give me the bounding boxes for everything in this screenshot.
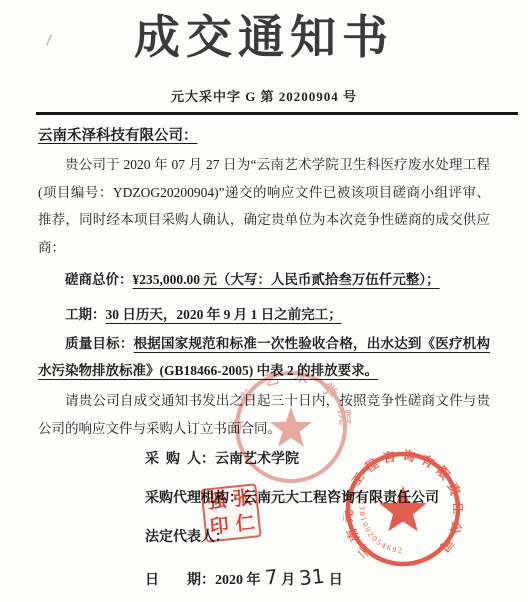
addressee-line: 云南禾泽科技有限公司： bbox=[38, 123, 490, 149]
header-divider bbox=[36, 112, 518, 115]
purchaser-name: 云南艺术学院 bbox=[215, 452, 299, 467]
handwritten-month: 7 bbox=[263, 565, 278, 590]
intro-paragraph: 贵公司于 2020 年 07 月 27 日为“云南艺术学院卫生科医疗废水处理工程… bbox=[38, 151, 490, 261]
date-day-unit: 日 bbox=[329, 573, 343, 588]
page-title: 成交通知书 bbox=[38, 0, 490, 62]
duration-value: 30 日历天，2020 年 9 月 1 日之前完工； bbox=[106, 307, 342, 322]
price-label: 磋商总价： bbox=[65, 272, 133, 287]
agency-line: 采购代理机构：云南元大工程咨询有限责任公司 bbox=[145, 487, 490, 511]
duration-line: 工期：30 日历天，2020 年 9 月 1 日之前完工； bbox=[38, 301, 490, 329]
doc-number: 元大采中字 G 第 20200904 号 bbox=[38, 86, 490, 105]
date-label: 日 期： bbox=[145, 573, 215, 588]
document-body: 云南禾泽科技有限公司： 贵公司于 2020 年 07 月 27 日为“云南艺术学… bbox=[38, 123, 490, 593]
date-month-unit: 月 bbox=[281, 573, 295, 588]
duration-label: 工期： bbox=[65, 307, 106, 322]
quality-label: 质量目标： bbox=[65, 336, 134, 351]
quality-line: 质量目标：根据国家规范和标准一次性验收合格，出水达到《医疗机构水污染物排放标准》… bbox=[38, 331, 490, 384]
document-page: 成交通知书 元大采中字 G 第 20200904 号 云南禾泽科技有限公司： 贵… bbox=[0, 0, 528, 602]
price-line: 磋商总价：¥235,000.00 元（大写：人民币贰拾叁万伍仟元整）； bbox=[38, 266, 490, 294]
addressee: 云南禾泽科技有限公司： bbox=[38, 128, 198, 144]
name-seal-char: 仁 bbox=[235, 514, 256, 535]
name-seal-char: 强 bbox=[206, 491, 227, 512]
name-seal-char: 张 bbox=[232, 489, 253, 510]
purchaser-line: 采 购 人：云南艺术学院 bbox=[145, 448, 490, 472]
signature-block: 采 购 人：云南艺术学院 采购代理机构：云南元大工程咨询有限责任公司 法定代表人… bbox=[145, 448, 490, 593]
purchaser-label: 采 购 人： bbox=[145, 452, 215, 467]
handwritten-day: 31 bbox=[298, 564, 326, 591]
agency-name: 云南元大工程咨询有限责任公司 bbox=[243, 491, 439, 506]
date-line: 日 期：2020 年7月31日 bbox=[145, 565, 490, 593]
price-value: ¥235,000.00 元（大写：人民币贰拾叁万伍仟元整）； bbox=[133, 272, 440, 287]
date-year: 2020 年 bbox=[215, 573, 261, 588]
name-seal-char: 印 bbox=[209, 516, 230, 537]
legal-rep-line: 法定代表人： bbox=[145, 526, 490, 550]
legal-rep-name-seal: 强 张 印 仁 bbox=[200, 483, 261, 543]
closing-paragraph: 请贵公司自成交通知书发出之日起三十日内，按照竞争性磋商文件与贵公司的响应文件与采… bbox=[38, 387, 490, 442]
